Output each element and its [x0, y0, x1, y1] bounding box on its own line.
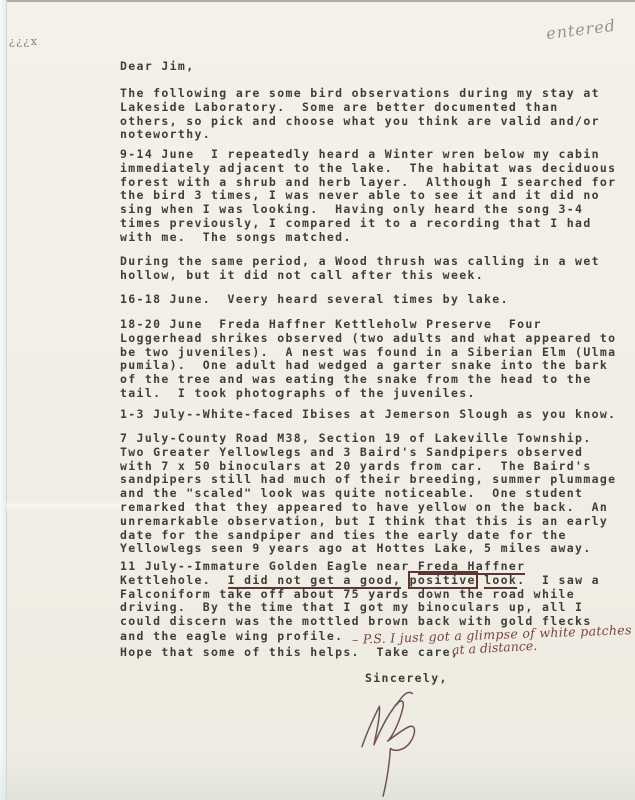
typed-text: noteworthy.: [120, 127, 211, 141]
typed-line: 7 July-County Road M38, Section 19 of La…: [120, 432, 616, 446]
typed-text: sandpipers still had much of their breed…: [120, 472, 616, 486]
typed-text: date for the sandpiper and ties the earl…: [120, 528, 567, 542]
typed-text: sing when I was looking. Having only hea…: [120, 202, 583, 216]
typed-text: 11 July--Immature Golden Eagle near: [120, 559, 418, 573]
typed-line: During the same period, a Wood thrush wa…: [120, 255, 600, 269]
typed-text: . I saw a: [517, 573, 600, 587]
scan-bottom-shadow: [0, 754, 635, 800]
letter-paragraph: 18-20 June Freda Haffner Kettleholw Pres…: [120, 318, 616, 401]
typed-text: and the "scaled" look was quite noticeab…: [120, 486, 583, 500]
typed-line: Kettlehole. I did not get a good, positi…: [120, 574, 631, 588]
typed-line: 1-3 July--White-faced Ibises at Jemerson…: [120, 408, 616, 422]
typed-text: Two Greater Yellowlegs and 3 Baird's San…: [120, 445, 583, 459]
typed-line: pumila). One adult had wedged a garter s…: [120, 359, 616, 373]
typed-line: 18-20 June Freda Haffner Kettleholw Pres…: [120, 318, 616, 332]
typed-line: the bird 3 times, I was never able to se…: [120, 189, 616, 203]
typed-line: forest with a shrub and herb layer. Alth…: [120, 176, 616, 190]
typed-line: hollow, but it did not call after this w…: [120, 269, 600, 283]
letter-paragraph: 16-18 June. Veery heard several times by…: [120, 293, 509, 307]
typed-text: pumila). One adult had wedged a garter s…: [120, 358, 608, 372]
signature-scrawl-icon: [345, 688, 445, 798]
typed-text: 16-18 June. Veery heard several times by…: [120, 292, 509, 306]
typed-line: remarked that they appeared to have yell…: [120, 501, 616, 515]
typed-line: 16-18 June. Veery heard several times by…: [120, 293, 509, 307]
typed-line: and the eagle wing profile. – P.S. I jus…: [120, 629, 631, 643]
typed-text: be two juveniles). A nest was found in a…: [120, 345, 616, 359]
typed-line: others, so pick and choose what you thin…: [120, 115, 600, 129]
typed-line: Loggerhead shrikes observed (two adults …: [120, 332, 616, 346]
typed-text: unremarkable observation, but I think th…: [120, 514, 608, 528]
typed-text: The following are some bird observations…: [120, 86, 600, 100]
typed-line: 11 July--Immature Golden Eagle near Fred…: [120, 560, 631, 574]
typed-text: 9-14 June I repeatedly heard a Winter wr…: [120, 147, 600, 161]
typed-line: and the "scaled" look was quite noticeab…: [120, 487, 616, 501]
letter-paragraph: During the same period, a Wood thrush wa…: [120, 255, 600, 283]
typed-line: sandpipers still had much of their breed…: [120, 473, 616, 487]
salutation: Dear Jim,: [120, 60, 194, 74]
typed-text: with me. The songs matched.: [120, 230, 352, 244]
typed-line: with me. The songs matched.: [120, 231, 616, 245]
typed-text: 18-20 June Freda Haffner Kettleholw Pres…: [120, 317, 542, 331]
typed-text: of the tree and was eating the snake fro…: [120, 372, 592, 386]
typed-text: [401, 573, 409, 587]
typed-line: driving. By the time that I got my binoc…: [120, 601, 631, 615]
typed-text: Yellowlegs seen 9 years ago at Hottes La…: [120, 541, 592, 555]
typed-text: remarked that they appeared to have yell…: [120, 500, 608, 514]
typed-line: sing when I was looking. Having only hea…: [120, 203, 616, 217]
typed-text: hollow, but it did not call after this w…: [120, 268, 484, 282]
letter-paragraph: 9-14 June I repeatedly heard a Winter wr…: [120, 148, 616, 245]
typed-text: 1-3 July--White-faced Ibises at Jemerson…: [120, 407, 616, 421]
signoff: Sincerely,: [365, 672, 448, 686]
letter-paragraph: 1-3 July--White-faced Ibises at Jemerson…: [120, 408, 616, 422]
typed-text: 7 July-County Road M38, Section 19 of La…: [120, 431, 592, 445]
typed-text: and the eagle wing profile.: [120, 629, 352, 643]
scanned-letter-page: { "colors": { "paper": "#f1eee5", "typed…: [0, 0, 635, 800]
typed-line: Two Greater Yellowlegs and 3 Baird's San…: [120, 446, 616, 460]
scan-top-edge: [0, 0, 635, 2]
handwritten-ps-line2: at a distance.: [452, 638, 538, 657]
typed-text: with 7 x 50 binoculars at 20 yards from …: [120, 459, 592, 473]
typed-text: tail. I took photographs of the juvenile…: [120, 386, 476, 400]
letter-paragraph: 11 July--Immature Golden Eagle near Fred…: [120, 560, 631, 643]
typed-text: [476, 573, 484, 587]
typed-line: The following are some bird observations…: [120, 87, 600, 101]
letter-paragraph: 7 July-County Road M38, Section 19 of La…: [120, 432, 616, 556]
scan-left-edge-strip: [0, 0, 7, 800]
typed-line: times previously, I compared it to a rec…: [120, 217, 616, 231]
typed-text: Kettlehole.: [120, 573, 228, 587]
closing-line: Hope that some of this helps. Take care,: [120, 646, 459, 660]
typed-line: date for the sandpiper and ties the earl…: [120, 529, 616, 543]
typed-line: 9-14 June I repeatedly heard a Winter wr…: [120, 148, 616, 162]
typed-text: Falconiform take off about 75 yards down…: [120, 587, 575, 601]
typed-line: unremarkable observation, but I think th…: [120, 515, 616, 529]
typed-text: the bird 3 times, I was never able to se…: [120, 188, 600, 202]
pencil-note-entered: entered: [545, 16, 617, 43]
typed-line: immediately adjacent to the lake. The ha…: [120, 162, 616, 176]
typed-line: of the tree and was eating the snake fro…: [120, 373, 616, 387]
typed-text: Loggerhead shrikes observed (two adults …: [120, 331, 616, 345]
typed-line: Yellowlegs seen 9 years ago at Hottes La…: [120, 542, 616, 556]
typed-text: others, so pick and choose what you thin…: [120, 114, 600, 128]
typed-line: with 7 x 50 binoculars at 20 yards from …: [120, 460, 616, 474]
typed-text: forest with a shrub and herb layer. Alth…: [120, 175, 616, 189]
typed-line: tail. I took photographs of the juvenile…: [120, 387, 616, 401]
annotated-text: positive: [410, 573, 476, 587]
typed-text: immediately adjacent to the lake. The ha…: [120, 161, 616, 175]
pencil-note-left: x???: [8, 36, 37, 50]
letter-paragraph: The following are some bird observations…: [120, 87, 600, 142]
typed-line: noteworthy.: [120, 128, 600, 142]
typed-line: Falconiform take off about 75 yards down…: [120, 588, 631, 602]
typed-text: During the same period, a Wood thrush wa…: [120, 254, 600, 268]
typed-line: Lakeside Laboratory. Some are better doc…: [120, 101, 600, 115]
typed-text: times previously, I compared it to a rec…: [120, 216, 592, 230]
typed-line: be two juveniles). A nest was found in a…: [120, 346, 616, 360]
typed-text: driving. By the time that I got my binoc…: [120, 600, 583, 614]
typed-text: Lakeside Laboratory. Some are better doc…: [120, 100, 559, 114]
